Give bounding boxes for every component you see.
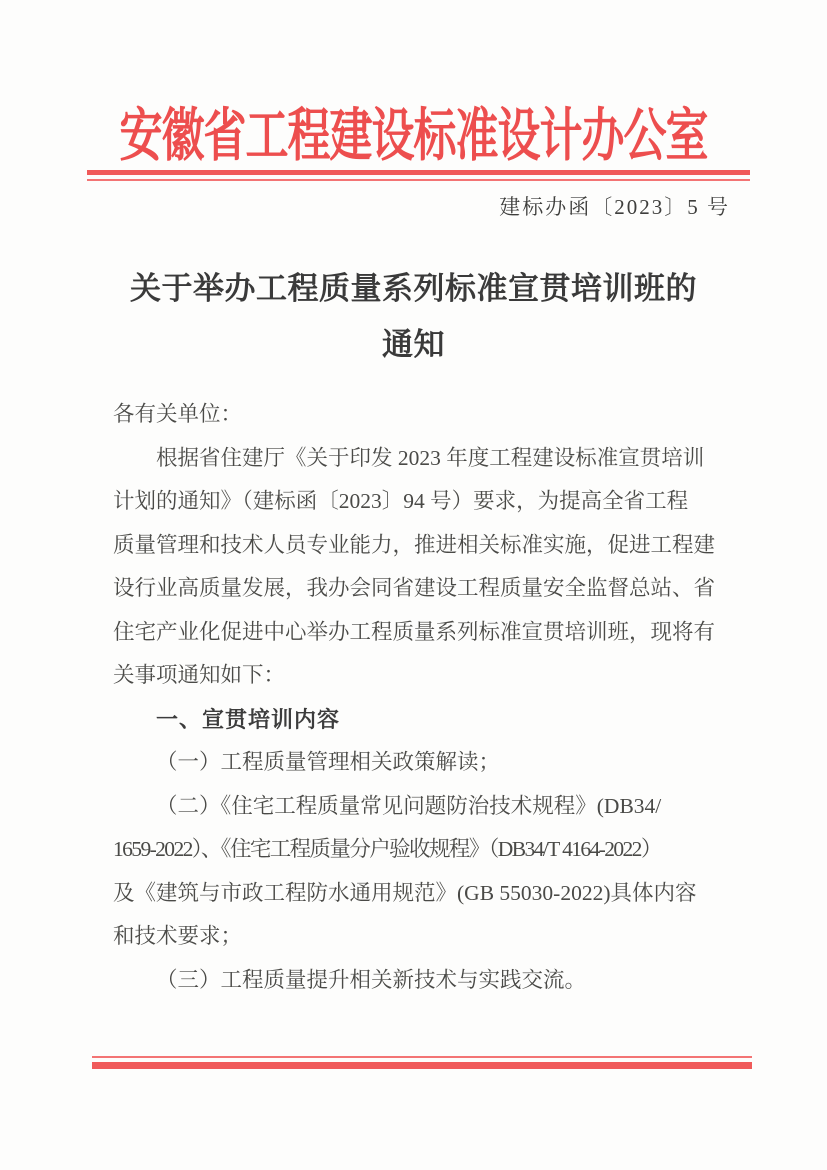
notice-title-line2: 通知 [0,317,827,373]
letterhead: 安徽省工程建设标准设计办公室 [0,91,827,152]
body-line-salutation: 各有关单位： [113,393,737,437]
body-line: 质量管理和技术人员专业能力，推进相关标准实施，促进工程建 [113,524,737,568]
body-line: 1659-2022）、《住宅工程质量分户验收规程》（DB34/T 4164-20… [113,828,737,872]
document-page: 安徽省工程建设标准设计办公室 建标办函〔2023〕5 号 关于举办工程质量系列标… [0,0,827,1170]
body-line-item-3: （三）工程质量提升相关新技术与实践交流。 [113,959,737,1003]
notice-title-line1: 关于举办工程质量系列标准宣贯培训班的 [0,261,827,317]
footer-rule [92,1056,752,1069]
body-line-item-2: （二）《住宅工程质量常见问题防治技术规程》(DB34/ [113,785,737,829]
body-line: 和技术要求； [113,915,737,959]
body-text: 各有关单位： 根据省住建厅《关于印发 2023 年度工程建设标准宣贯培训 计划的… [113,393,737,1002]
body-line: 及《建筑与市政工程防水通用规范》(GB 55030-2022)具体内容 [113,872,737,916]
letterhead-rule-thin [87,179,750,181]
body-line: 住宅产业化促进中心举办工程质量系列标准宣贯培训班，现将有 [113,611,737,655]
body-line-item-1: （一）工程质量管理相关政策解读； [113,741,737,785]
footer-rule-thick [92,1062,752,1069]
notice-title: 关于举办工程质量系列标准宣贯培训班的 通知 [0,261,827,373]
body-line: 根据省住建厅《关于印发 2023 年度工程建设标准宣贯培训 [113,437,737,481]
body-line: 关事项通知如下： [113,654,737,698]
body-line: 设行业高质量发展，我办会同省建设工程质量安全监督总站、省 [113,567,737,611]
body-line: 计划的通知》（建标函〔2023〕94 号）要求，为提高全省工程 [113,480,737,524]
doc-number: 建标办函〔2023〕5 号 [87,191,730,221]
section-heading: 一、宣贯培训内容 [113,698,737,742]
letterhead-rule [87,170,750,181]
letterhead-org-name: 安徽省工程建设标准设计办公室 [120,91,708,172]
